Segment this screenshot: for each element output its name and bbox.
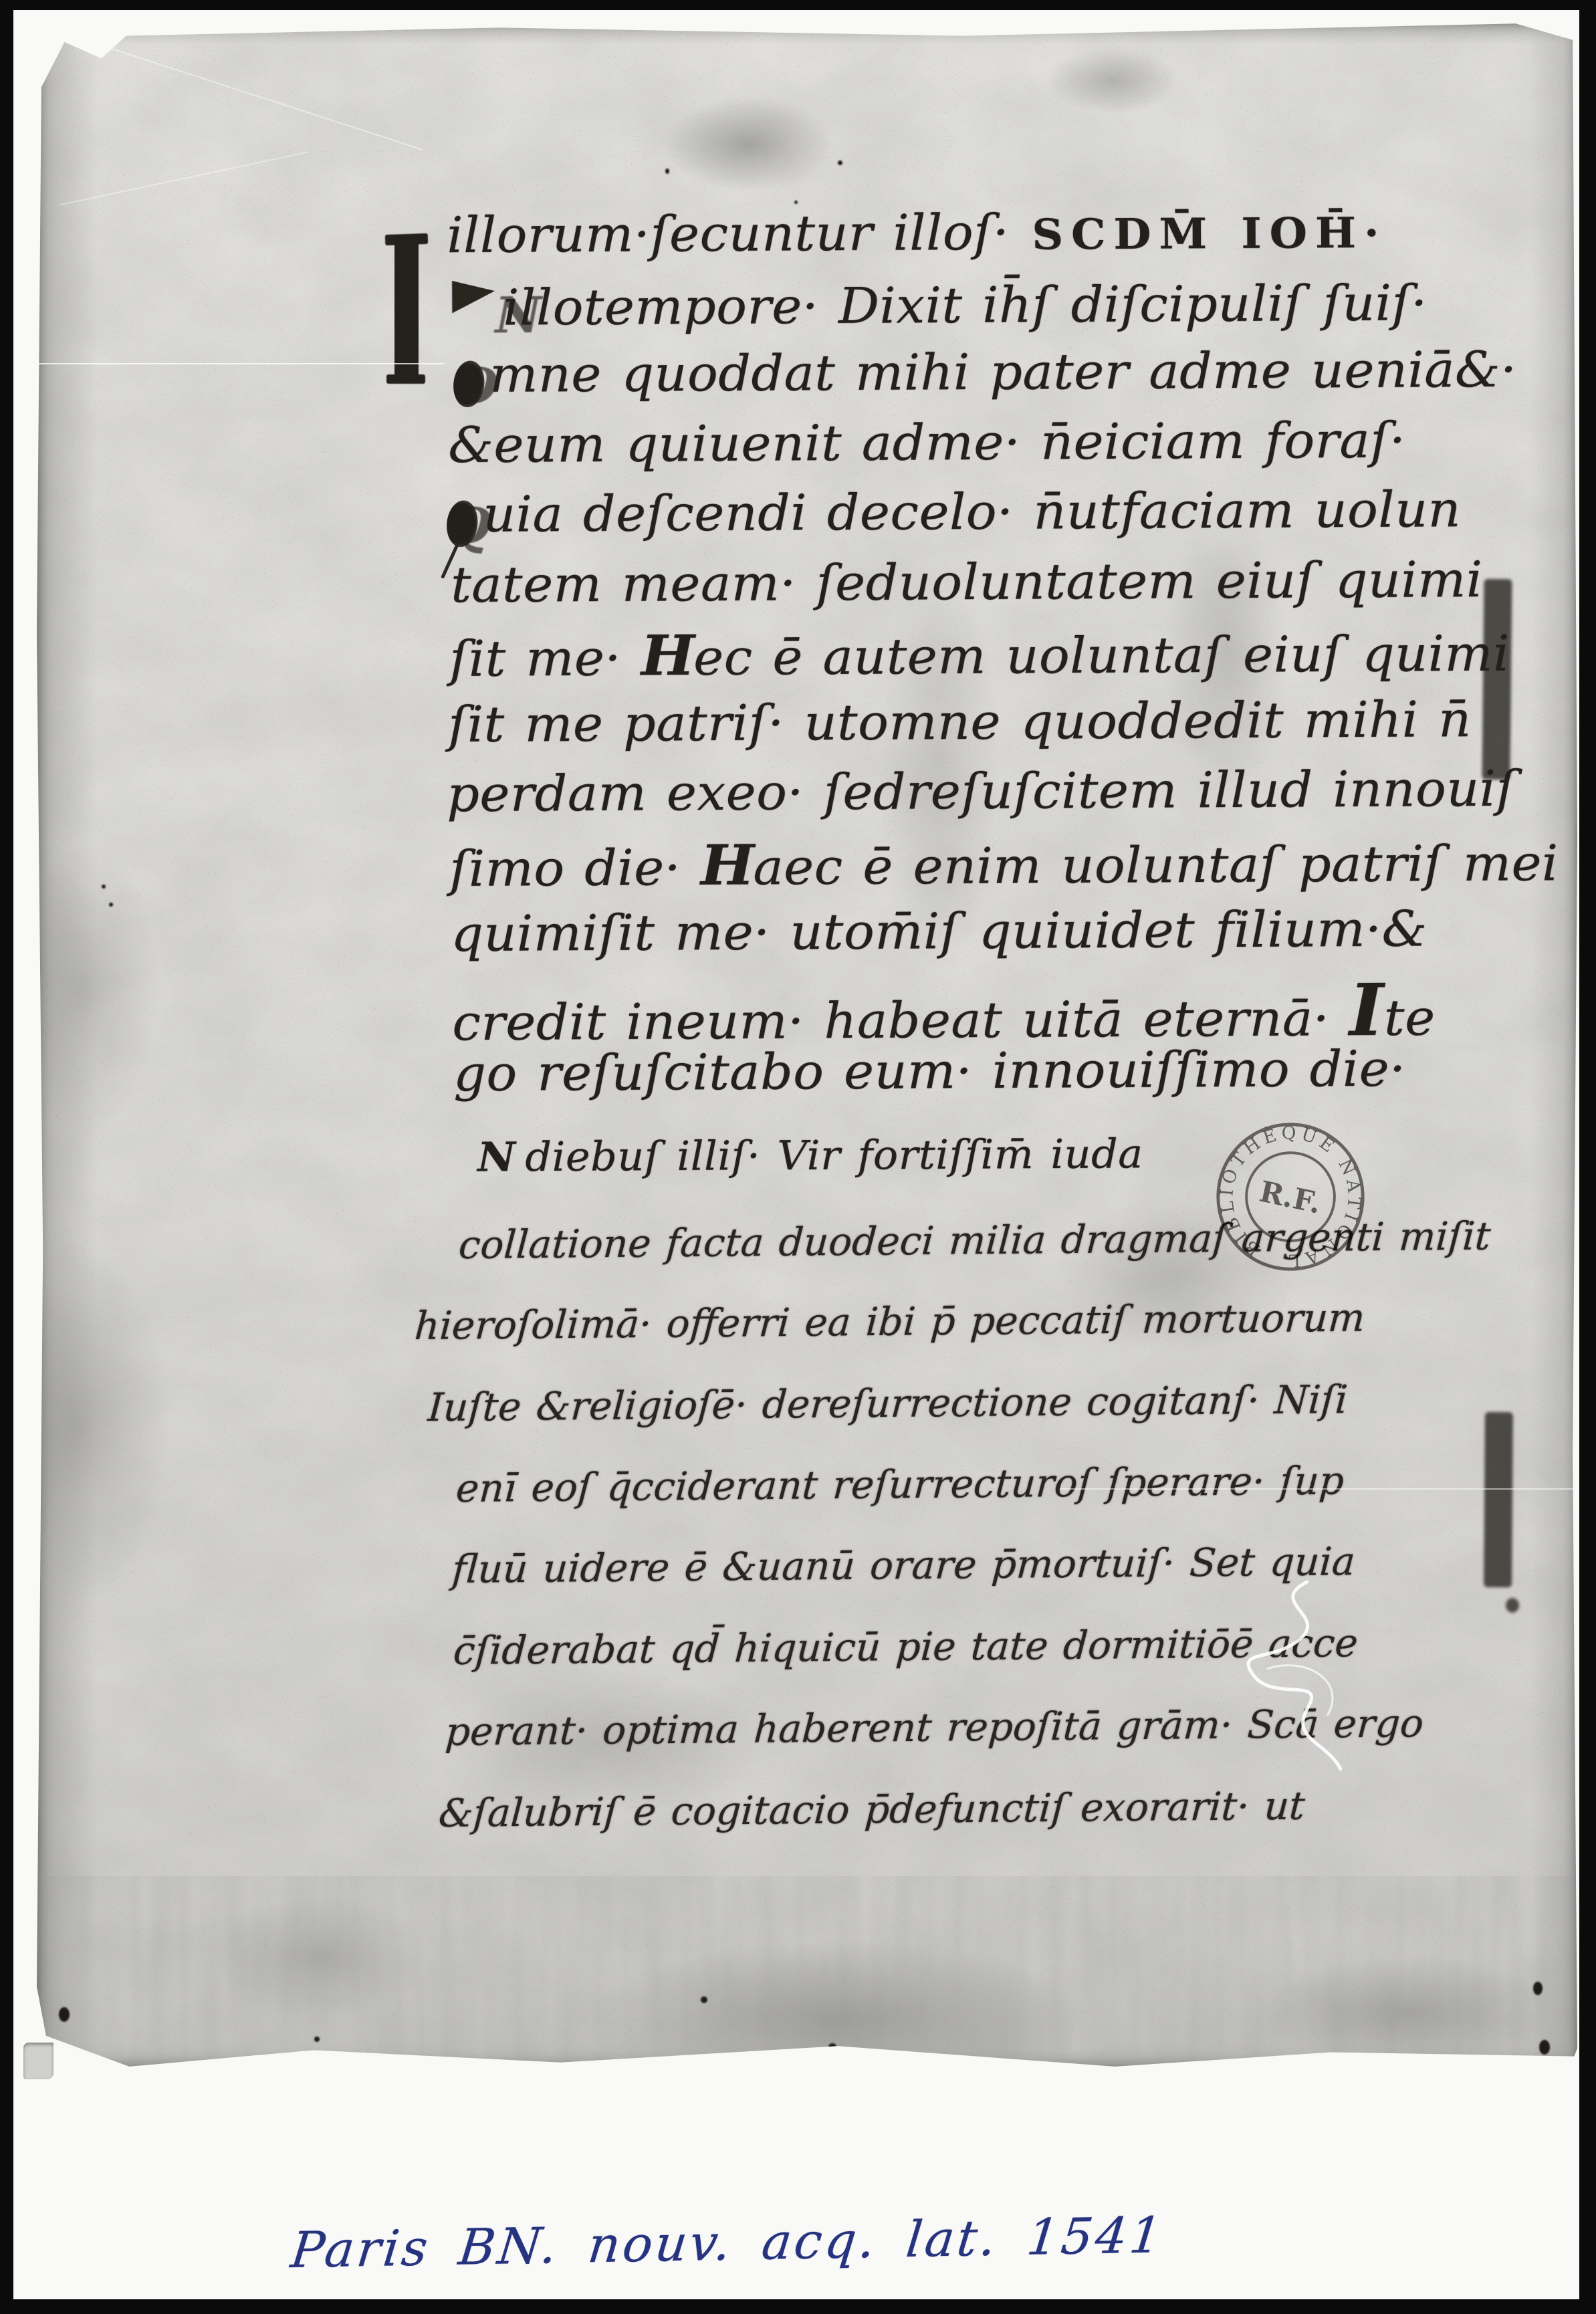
photo-paper: illorum·ſecuntur illoſ·SCDM̄ IOH̄· Nillo…	[13, 10, 1579, 2299]
manuscript-line: Omne quoddat mihi pater adme ueniā&·	[453, 345, 1517, 408]
initial-i-bar	[394, 237, 419, 382]
manuscript-line: enī eoſ q̄cciderant reſurrecturoſ ſperar…	[455, 1461, 1345, 1508]
ink-dot	[1533, 1982, 1543, 1995]
manuscript-line: ſit me· Hec ē autem uoluntaſ eiuſ quimi	[449, 624, 1510, 685]
ink-dot	[828, 2043, 836, 2051]
ink-dot	[558, 2065, 565, 2071]
caption-handwritten: Paris BN. nouv. acq. lat. 1541	[288, 2206, 1167, 2279]
manuscript-line: illorum·ſecuntur illoſ·SCDM̄ IOH̄·	[447, 206, 1387, 260]
manuscript-line: c̄ſiderabat qd̄ hiquicū pie tate dormiti…	[452, 1623, 1359, 1670]
ink-dot	[665, 168, 669, 174]
manuscript-line: ſimo die· Haec ē enim uoluntaſ patriſ me…	[449, 834, 1559, 895]
line-initial: O	[451, 359, 487, 409]
ink-dot	[102, 885, 106, 889]
ink-dot	[1539, 2040, 1550, 2055]
ink-dot	[314, 2037, 320, 2042]
manuscript-line: Iuſte &religioſē· dereſurrectione cogita…	[427, 1380, 1349, 1427]
line-initial: N	[477, 1133, 516, 1181]
manuscript-line: fluū uidere ē &uanū orare p̄mortuiſ· Set…	[451, 1542, 1356, 1589]
manuscript-line: perdam exeo· ſedreſuſcitem illud innouiſ	[447, 764, 1515, 819]
ink-dot	[109, 903, 113, 907]
manuscript-line: Quia deſcendi decelo· n̄utfaciam uolun	[447, 485, 1461, 547]
line-initial: H	[641, 623, 693, 688]
manuscript-line: hieroſolimā· offerri ea ibi p̄ peccatiſ …	[413, 1298, 1366, 1345]
parchment-page: illorum·ſecuntur illoſ·SCDM̄ IOH̄· Nillo…	[37, 17, 1577, 2069]
margin-mark	[1484, 1412, 1513, 1587]
line-initial: H	[701, 833, 754, 898]
parchment-top-edge	[37, 17, 1577, 24]
scratch	[1060, 1488, 1577, 1490]
manuscript-line: ſit me patriſ· utomne quoddedit mihi n̄	[448, 695, 1472, 749]
manuscript-line: go reſuſcitabo eum· innouiſſimo die·	[453, 1044, 1406, 1098]
ink-dot	[701, 1996, 707, 2003]
stamp-center-text: R.F.	[1256, 1175, 1324, 1221]
manuscript-line: &ſalubriſ ē cogitacio p̄defunctiſ exorar…	[437, 1786, 1306, 1833]
ink-dot	[838, 160, 842, 165]
scratch	[37, 363, 445, 364]
line-initial: N	[452, 281, 495, 314]
manuscript-line: Ndiebuſ illiſ· Vir fortiſſim̄ iuda	[477, 1134, 1143, 1177]
manuscript-line: &eum quiuenit adme· n̄eiciam foraſ·	[448, 416, 1406, 470]
manuscript-line: Nillotempore· Dixit ih̄ſ diſcipuliſ ſuiſ…	[452, 275, 1428, 332]
ink-dot	[794, 201, 798, 204]
manuscript-line: tatem meam· ſeduoluntatem eiuſ quimi	[451, 555, 1483, 610]
parchment-corner-tab	[23, 2043, 53, 2079]
ink-dot	[59, 2007, 70, 2022]
incipit-heading: SCDM̄ IOH̄·	[1032, 209, 1387, 259]
library-stamp: BIBLIOTHÈQUE NATIONALE R.F.	[1197, 1103, 1384, 1290]
margin-mark	[1506, 1598, 1519, 1613]
manuscript-line: quimiſit me· utom̄iſ quiuidet filium·&	[451, 904, 1428, 958]
thread-scratch	[1227, 1575, 1401, 1789]
photo-frame: illorum·ſecuntur illoſ·SCDM̄ IOH̄· Nillo…	[0, 0, 1596, 2314]
line-initial: Q	[445, 499, 480, 548]
